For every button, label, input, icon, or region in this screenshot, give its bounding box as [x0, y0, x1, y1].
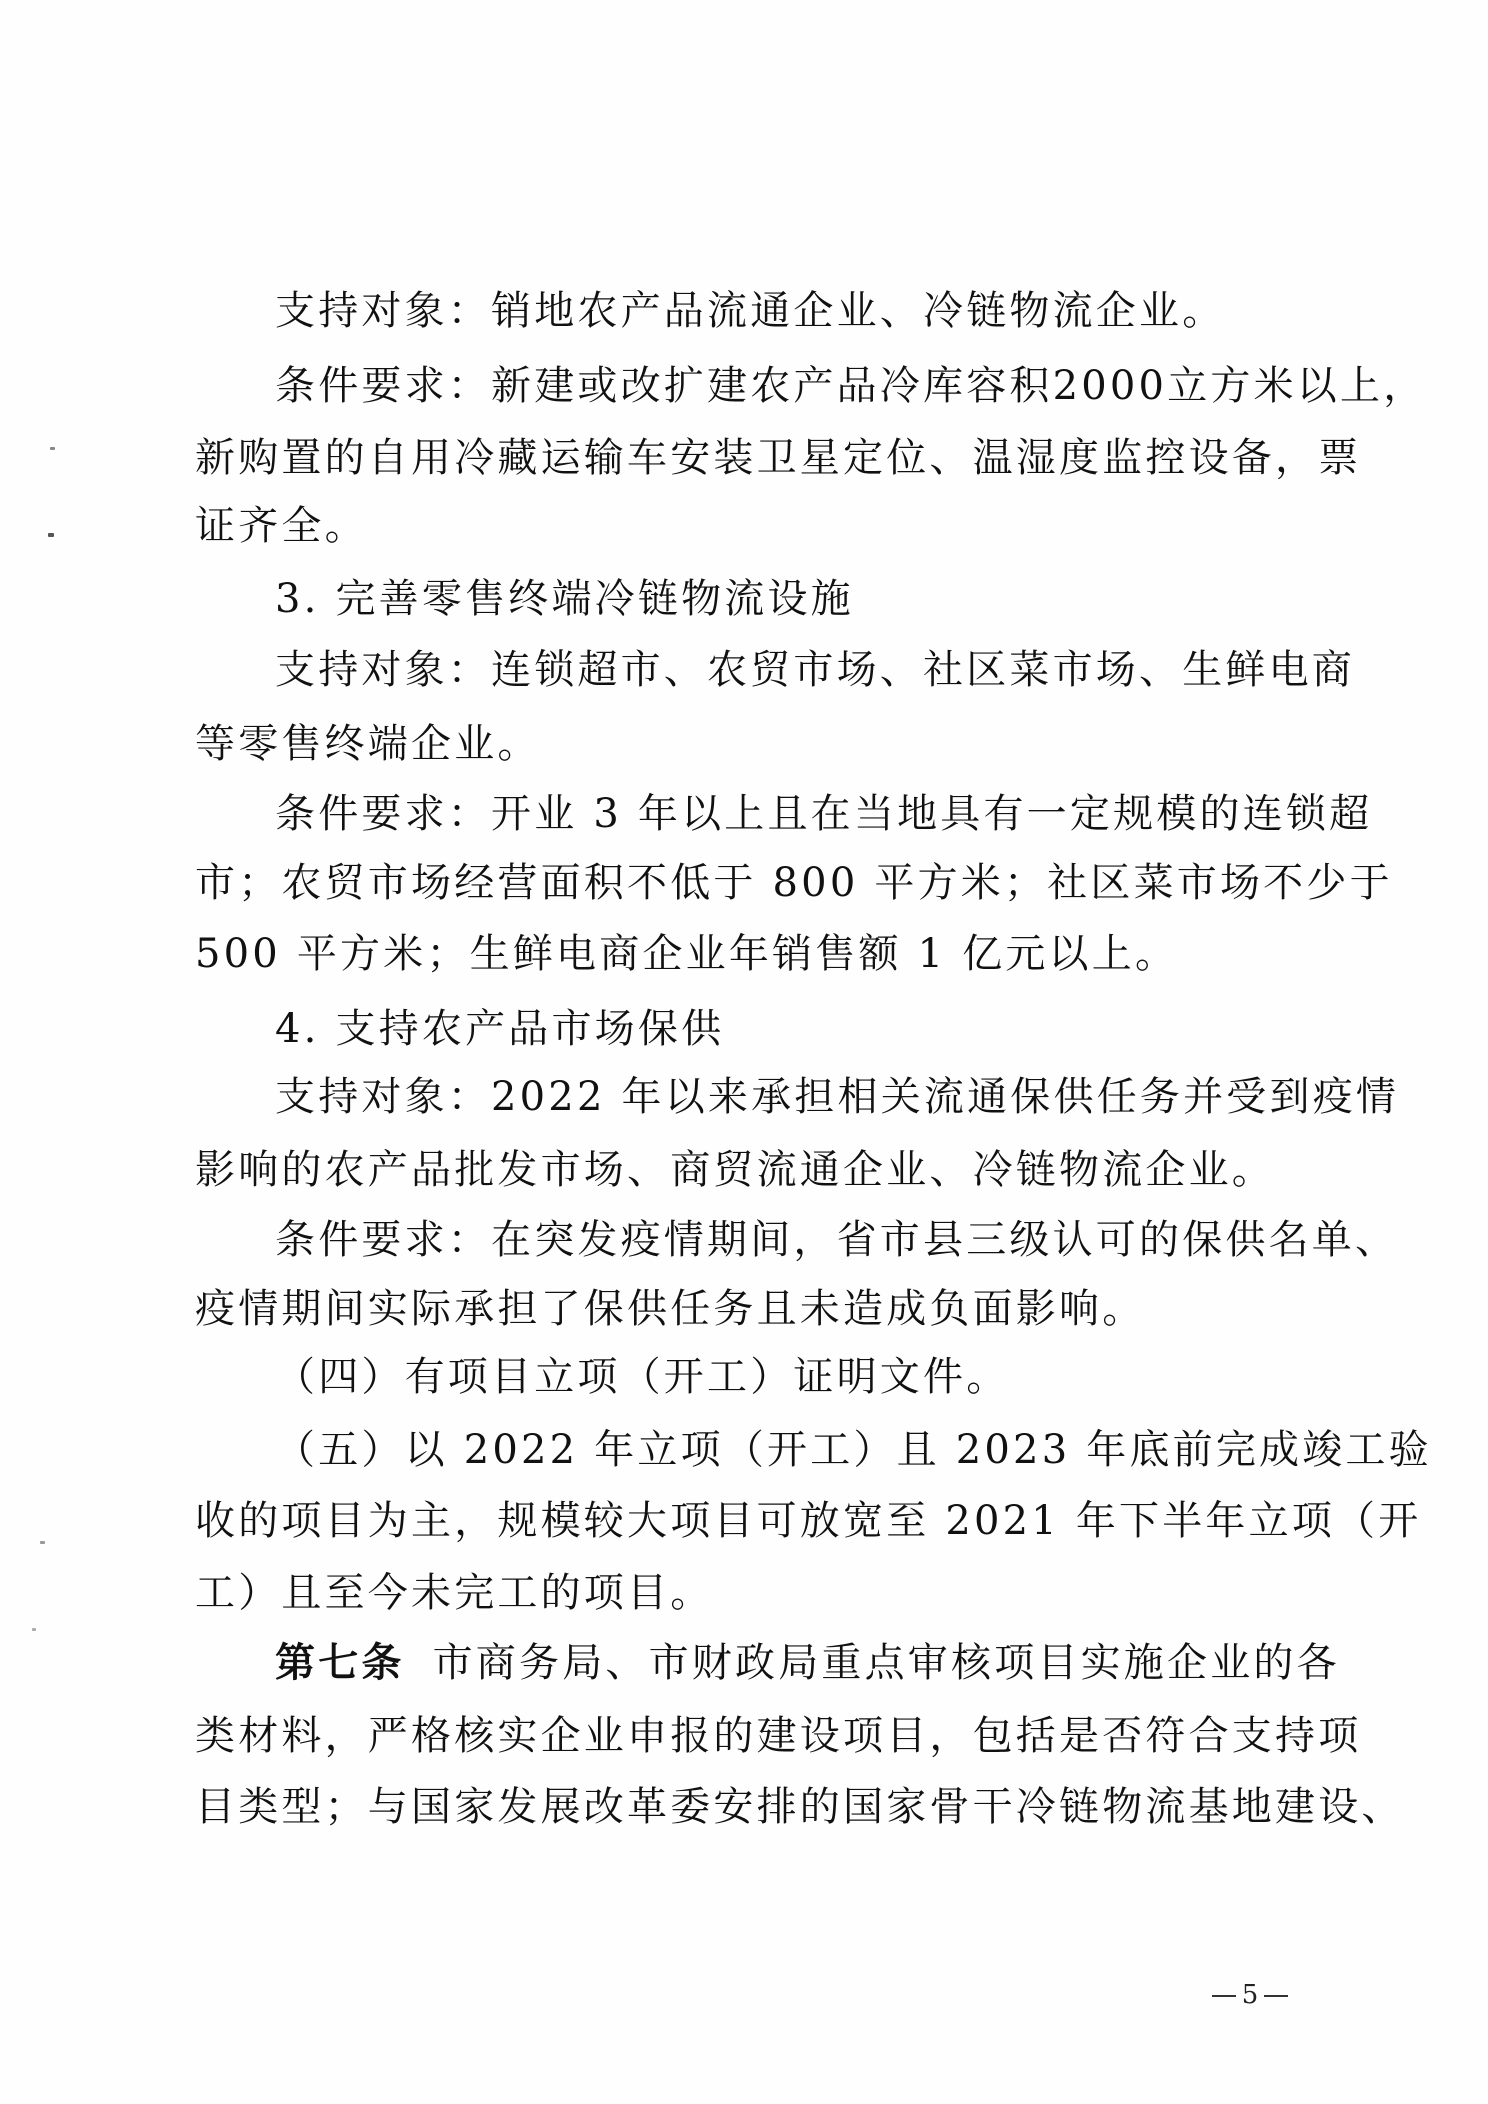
- paragraph-line: 条件要求：在突发疫情期间，省市县三级认可的保供名单、: [275, 1204, 1375, 1276]
- paragraph-line: 新购置的自用冷藏运输车安装卫星定位、温湿度监控设备，票: [195, 422, 1295, 494]
- scan-speck: [32, 1628, 36, 1631]
- page-number-value: 5: [1242, 1980, 1259, 2010]
- dash-left: [1212, 1995, 1236, 1997]
- section-heading: 3. 完善零售终端冷链物流设施: [275, 563, 1375, 635]
- scan-speck: [50, 447, 55, 450]
- paragraph-line: 等零售终端企业。: [195, 708, 1295, 780]
- paragraph-line: 工）且至今未完工的项目。: [195, 1557, 1295, 1629]
- paragraph-line: （五）以 2022 年立项（开工）且 2023 年底前完成竣工验: [275, 1414, 1375, 1486]
- section-heading: 4. 支持农产品市场保供: [275, 993, 1375, 1065]
- paragraph-line: （四）有项目立项（开工）证明文件。: [275, 1341, 1375, 1413]
- scan-speck: [48, 533, 54, 537]
- paragraph-line: 证齐全。: [195, 490, 1295, 562]
- page-number: 5: [1195, 1975, 1305, 2015]
- paragraph-line: 影响的农产品批发市场、商贸流通企业、冷链物流企业。: [195, 1134, 1295, 1206]
- paragraph-line: 类材料，严格核实企业申报的建设项目，包括是否符合支持项: [195, 1700, 1295, 1772]
- paragraph-line: 支持对象：2022 年以来承担相关流通保供任务并受到疫情: [275, 1061, 1375, 1133]
- paragraph-line: 支持对象：连锁超市、农贸市场、社区菜市场、生鲜电商: [275, 634, 1375, 706]
- paragraph-line: 目类型；与国家发展改革委安排的国家骨干冷链物流基地建设、: [195, 1771, 1295, 1843]
- article-label: 第七条: [275, 1639, 405, 1686]
- scan-speck: [40, 1541, 45, 1544]
- dash-right: [1264, 1995, 1288, 1997]
- paragraph-line: 条件要求：开业 3 年以上且在当地具有一定规模的连锁超: [275, 778, 1375, 850]
- paragraph-line: 市；农贸市场经营面积不低于 800 平方米；社区菜市场不少于: [195, 847, 1295, 919]
- document-page: 支持对象：销地农产品流通企业、冷链物流企业。 条件要求：新建或改扩建农产品冷库容…: [0, 0, 1488, 2104]
- article-text: 市商务局、市财政局重点审核项目实施企业的各: [433, 1640, 1340, 1686]
- paragraph-line: 500 平方米；生鲜电商企业年销售额 1 亿元以上。: [195, 918, 1295, 990]
- article-line: 第七条市商务局、市财政局重点审核项目实施企业的各: [275, 1627, 1375, 1699]
- paragraph-line: 支持对象：销地农产品流通企业、冷链物流企业。: [275, 275, 1375, 347]
- paragraph-line: 条件要求：新建或改扩建农产品冷库容积2000立方米以上，: [275, 350, 1375, 422]
- paragraph-line: 收的项目为主，规模较大项目可放宽至 2021 年下半年立项（开: [195, 1485, 1295, 1557]
- paragraph-line: 疫情期间实际承担了保供任务且未造成负面影响。: [195, 1273, 1295, 1345]
